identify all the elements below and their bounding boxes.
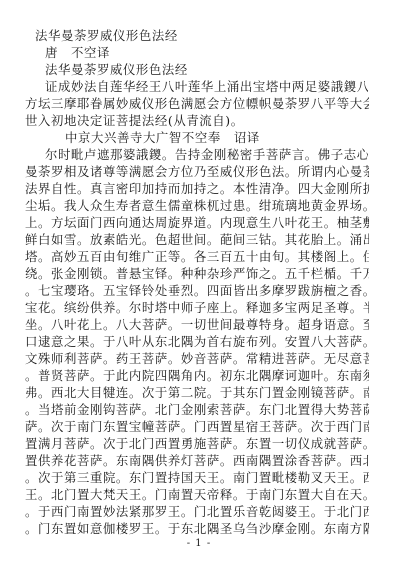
body-line: 弗。西北大目犍连。次于第二院。于其东门置金刚镜菩萨。南门置金刚铃菩萨 bbox=[25, 384, 369, 401]
body-line: 法界自性。真言密印加持而加持之。本性清净。四大金刚所护持故。净除一切 bbox=[25, 180, 369, 197]
document-subtitle: 法华曼荼罗威仪形色法经 bbox=[45, 61, 389, 78]
body-line: 。七宝璎珞。五宝铎铃处垂烈。四面皆出多摩罗跋旃檀之香。遍大千界。天雨 bbox=[25, 282, 369, 299]
body-line: 尘垢。我人众生寿者意生儒童株杌过患。绀琉璃地黄金界场。微妙莲华普散其 bbox=[25, 197, 369, 214]
body-line: 塔。高妙五百由旬维广正等。各三百五十由旬。其楼阁上。住如意珠。焰鬘围 bbox=[25, 248, 369, 265]
body-line: 尔时毗卢遮那婆誐鑁。告持金刚秘密手菩萨言。佛子志心听说证成妙法大 bbox=[45, 146, 368, 163]
body-line: 坐。八叶花上。八大菩萨。一切世间最尊特身。超身语意。至于心地逮得殊胜 bbox=[25, 316, 369, 333]
page-number: - 1 - bbox=[0, 537, 398, 551]
body-line: 。门东置如意伽楼罗王。于东北隅圣乌刍沙摩金刚。东南方隅置圣军吒利金刚 bbox=[25, 520, 369, 537]
body-line: 绕。张金刚锁。普悬宝铎。种种杂珍严饰之。五千栏楯。千万龛室。悬无数幡 bbox=[25, 265, 369, 282]
document-title: 法华曼荼罗威仪形色法经 bbox=[35, 27, 379, 44]
document-page: 法华曼荼罗威仪形色法经 唐 不空译 法华曼荼罗威仪形色法经 证成妙法自莲华经王八… bbox=[0, 0, 398, 563]
translator-line: 唐 不空译 bbox=[45, 44, 389, 61]
body-line: 。次于第三重院。东门置持国天王。南门置毗楼勒叉天王。西门置毗楼博叉天 bbox=[25, 469, 369, 486]
body-line: 口逮意之果。于八叶从东北隅为首右旋布列。安置八大菩萨。初弥勒菩萨。次 bbox=[25, 333, 369, 350]
intro-line: 方坛三摩耶眷属妙威仪形色满愿会方位幖帜曼荼罗八平等大会成就法花三昧现 bbox=[25, 95, 369, 112]
body-line: 王。北门置大梵天王。门南置天帝释。于南门东置大自在天。门西置难陀龙王 bbox=[25, 486, 369, 503]
body-line: 鲜白如雪。放素皓光。色超世间。葩间三钴。其花胎上。涌出七宝大牟都婆宝 bbox=[25, 231, 369, 248]
body-line: 。当塔前金刚钩菩萨。北门金刚索菩萨。东门北置得大势菩萨。门南置宝手菩 bbox=[25, 401, 369, 418]
body-line: 宝花。缤纷供养。尔时塔中师子座上。释迦多宝两足圣尊。半跏半座。而各同 bbox=[25, 299, 369, 316]
body-line: 上。方坛面门西向通达周旋界道。内现意生八叶花王。柚茎敷蕊。综绮端妙。 bbox=[25, 214, 369, 231]
body-line: 置满月菩萨。次于北门西置勇施菩萨。东置一切仪成就菩萨。又于东北隅角内 bbox=[25, 435, 369, 452]
body-line: 萨。次于南门东置宝幢菩萨。门西置星宿王菩萨。次于西门南置宝月菩萨。北 bbox=[25, 418, 369, 435]
body-line: 置供养花菩萨。东南隅供养灯菩萨。西南隅置涂香菩萨。西北隅供养烧香菩萨 bbox=[25, 452, 369, 469]
body-line: 。普贤菩萨。于此内院四隅角内。初东北隅摩诃迦叶。东南须菩提。西南舍利 bbox=[25, 367, 369, 384]
body-line: 。于西门南置妙法紧那罗王。门北置乐音乾闼婆王。于北门西置罗睺阿修罗王 bbox=[25, 503, 369, 520]
body-line: 文殊师利菩萨。药王菩萨。妙音菩萨。常精进菩萨。无尽意菩萨。观世音菩萨 bbox=[25, 350, 369, 367]
attribution-line: 中京大兴善寺大广智不空奉 诏译 bbox=[65, 129, 398, 146]
intro-line: 证成妙法自莲华经王八叶莲华上涌出宝塔中两足婆誐鑁八大菩萨等及三重 bbox=[45, 78, 368, 95]
intro-line: 世入初地决定证菩提法经(从青流自)。 bbox=[25, 112, 369, 129]
body-line: 曼荼罗相及诸尊等满愿会方位乃至威仪形色法。所谓内心曼荼罗。彼身地即是 bbox=[25, 163, 369, 180]
